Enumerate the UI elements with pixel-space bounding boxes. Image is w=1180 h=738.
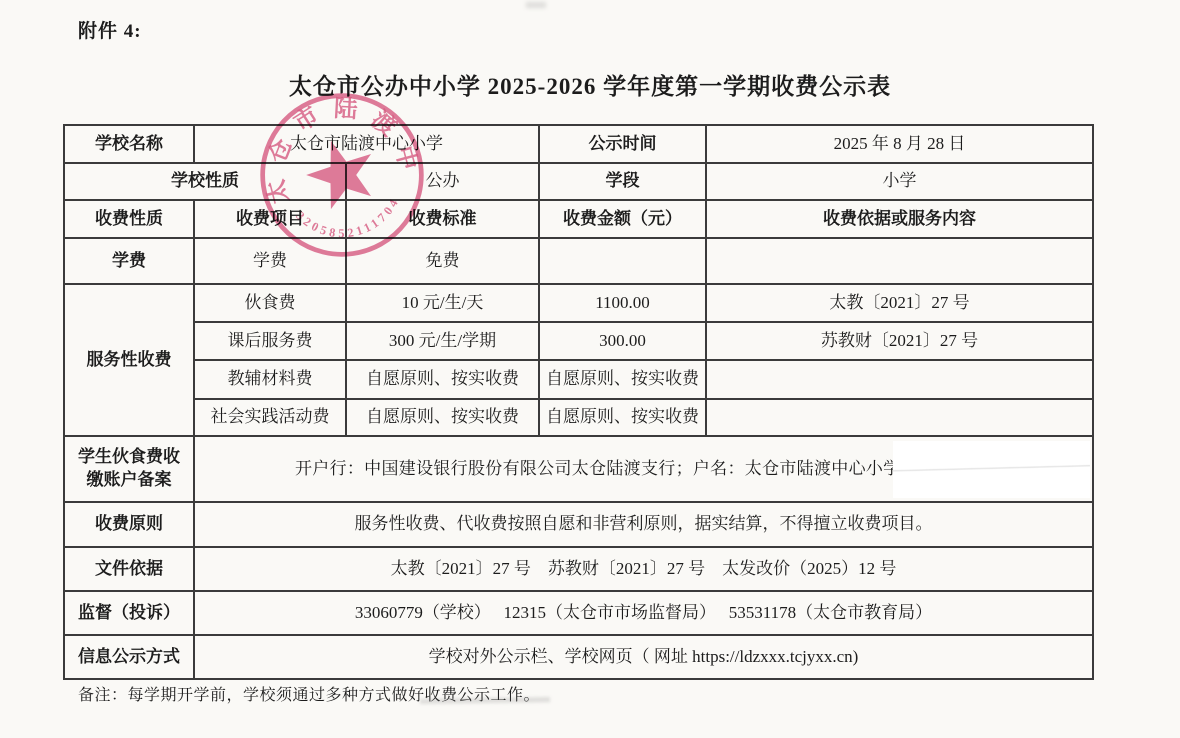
documents-value: 太教〔2021〕27 号 苏教财〔2021〕27 号 太发改价（2025）12 … <box>194 547 1093 591</box>
row-afterschool-fee: 课后服务费 300 元/生/学期 300.00 苏教财〔2021〕27 号 <box>64 322 1093 360</box>
scanned-document-page: 附件 4: 太仓市公办中小学 2025-2026 学年度第一学期收费公示表 学校… <box>0 0 1180 738</box>
fee-amount: 自愿原则、按实收费 <box>539 399 706 436</box>
stage-label: 学段 <box>539 163 706 200</box>
fee-item: 教辅材料费 <box>194 360 346 399</box>
fee-item: 伙食费 <box>194 284 346 322</box>
publish-time-label: 公示时间 <box>539 125 706 163</box>
publicity-value: 学校对外公示栏、学校网页（ 网址 https://ldzxxx.tcjyxx.c… <box>194 635 1093 679</box>
fee-basis: 苏教财〔2021〕27 号 <box>706 322 1093 360</box>
fee-standard: 自愿原则、按实收费 <box>346 399 539 436</box>
row-materials-fee: 教辅材料费 自愿原则、按实收费 自愿原则、按实收费 <box>64 360 1093 399</box>
fee-standard-header: 收费标准 <box>346 200 539 238</box>
tuition-item: 学费 <box>194 238 346 284</box>
row-school-type: 学校性质 公办 学段 小学 <box>64 163 1093 200</box>
tuition-basis-empty <box>706 238 1093 284</box>
fee-standard: 300 元/生/学期 <box>346 322 539 360</box>
stage-value: 小学 <box>706 163 1093 200</box>
row-fee-header: 收费性质 收费项目 收费标准 收费金额（元） 收费依据或服务内容 <box>64 200 1093 238</box>
fee-amount-header: 收费金额（元） <box>539 200 706 238</box>
fee-basis <box>706 399 1093 436</box>
documents-label: 文件依据 <box>64 547 194 591</box>
row-school-name: 学校名称 太仓市陆渡中心小学 公示时间 2025 年 8 月 28 日 <box>64 125 1093 163</box>
meal-account-label: 学生伙食费收 缴账户备案 <box>64 436 194 502</box>
fee-nature-header: 收费性质 <box>64 200 194 238</box>
publicity-label: 信息公示方式 <box>64 635 194 679</box>
fee-standard: 10 元/生/天 <box>346 284 539 322</box>
fee-item: 社会实践活动费 <box>194 399 346 436</box>
row-publicity: 信息公示方式 学校对外公示栏、学校网页（ 网址 https://ldzxxx.t… <box>64 635 1093 679</box>
tuition-standard: 免费 <box>346 238 539 284</box>
supervision-value: 33060779（学校） 12315（太仓市市场监督局） 53531178（太仓… <box>194 591 1093 635</box>
fee-basis-header: 收费依据或服务内容 <box>706 200 1093 238</box>
row-activity-fee: 社会实践活动费 自愿原则、按实收费 自愿原则、按实收费 <box>64 399 1093 436</box>
row-tuition: 学费 学费 免费 <box>64 238 1093 284</box>
fee-item-header: 收费项目 <box>194 200 346 238</box>
principle-label: 收费原则 <box>64 502 194 547</box>
tuition-amount-empty <box>539 238 706 284</box>
fee-basis <box>706 360 1093 399</box>
publish-time-value: 2025 年 8 月 28 日 <box>706 125 1093 163</box>
fee-amount: 1100.00 <box>539 284 706 322</box>
row-meal-fee: 服务性收费 伙食费 10 元/生/天 1100.00 太教〔2021〕27 号 <box>64 284 1093 322</box>
fee-amount: 自愿原则、按实收费 <box>539 360 706 399</box>
row-documents: 文件依据 太教〔2021〕27 号 苏教财〔2021〕27 号 太发改价（202… <box>64 547 1093 591</box>
fee-publicity-table: 学校名称 太仓市陆渡中心小学 公示时间 2025 年 8 月 28 日 学校性质… <box>63 124 1094 680</box>
service-fee-nature: 服务性收费 <box>64 284 194 436</box>
principle-value: 服务性收费、代收费按照自愿和非营利原则，据实结算，不得擅立收费项目。 <box>194 502 1093 547</box>
school-name-value: 太仓市陆渡中心小学 <box>194 125 539 163</box>
fee-standard: 自愿原则、按实收费 <box>346 360 539 399</box>
row-principle: 收费原则 服务性收费、代收费按照自愿和非营利原则，据实结算，不得擅立收费项目。 <box>64 502 1093 547</box>
fee-amount: 300.00 <box>539 322 706 360</box>
scan-smudge <box>526 2 546 8</box>
tuition-nature: 学费 <box>64 238 194 284</box>
fee-item: 课后服务费 <box>194 322 346 360</box>
supervision-label: 监督（投诉） <box>64 591 194 635</box>
attachment-label: 附件 4: <box>78 16 142 43</box>
school-type-value: 公办 <box>346 163 539 200</box>
school-type-label: 学校性质 <box>64 163 346 200</box>
redacted-account-number-box <box>893 441 1090 498</box>
row-supervision: 监督（投诉） 33060779（学校） 12315（太仓市市场监督局） 5353… <box>64 591 1093 635</box>
document-title: 太仓市公办中小学 2025-2026 学年度第一学期收费公示表 <box>0 68 1180 101</box>
school-name-label: 学校名称 <box>64 125 194 163</box>
fee-basis: 太教〔2021〕27 号 <box>706 284 1093 322</box>
